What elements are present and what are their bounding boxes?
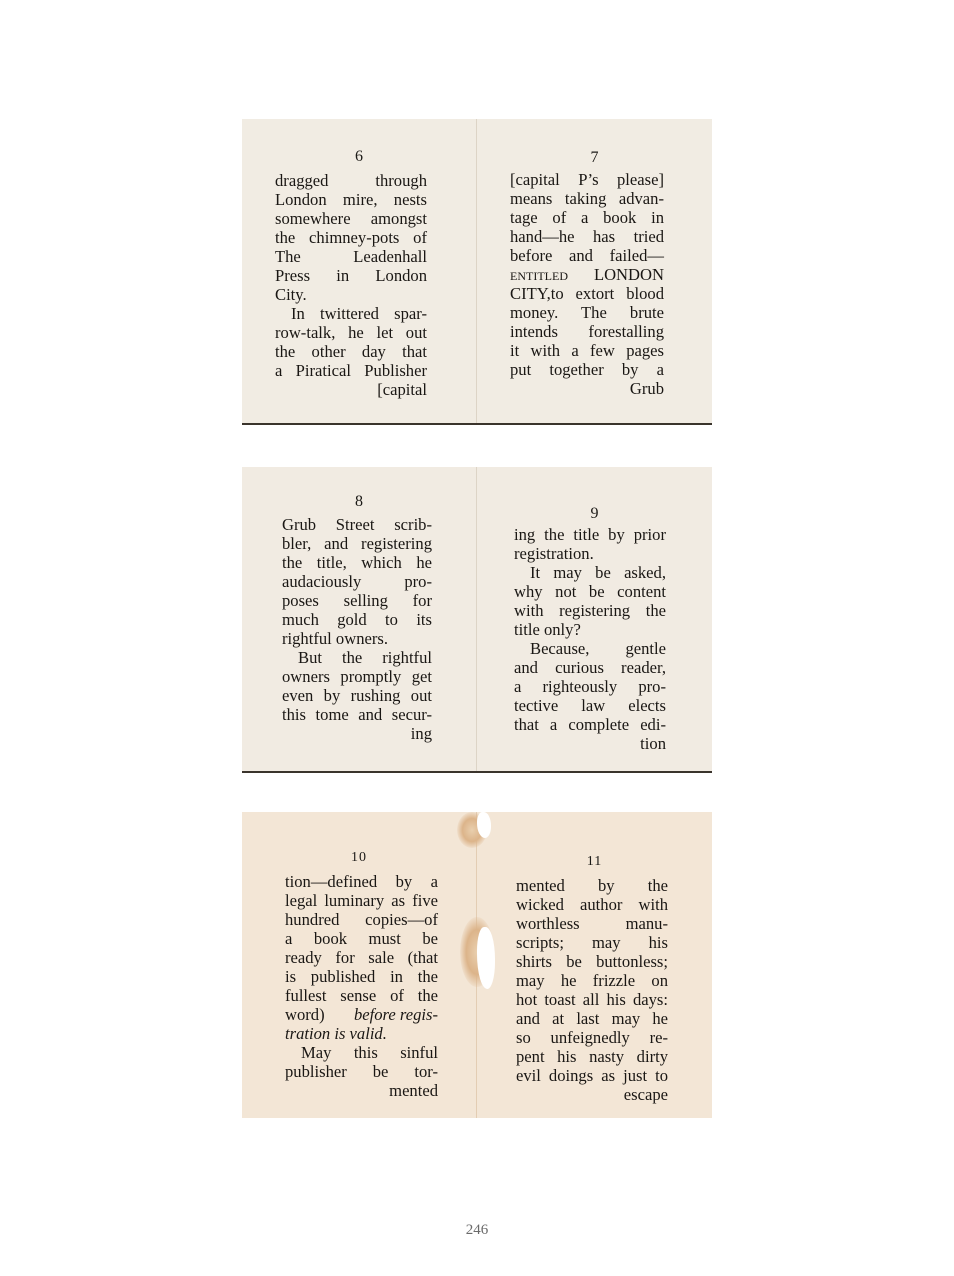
text-line: that a complete edi- [514,715,666,734]
text-line: mented by the [516,876,668,895]
page-text: dragged through London mire, nests somew… [275,171,427,399]
page-text: [capital P’s please] means taking advan-… [510,170,664,398]
text-line: entitled LONDON [510,265,664,284]
text-line: shirts be buttonless; [516,952,668,971]
text-line: the chimney-pots of [275,228,427,247]
folio-number: 11 [477,854,712,870]
text-line: ready for sale (that [285,948,438,967]
text-line: tective law elects [514,696,666,715]
text-line: City. [275,285,427,304]
text-line: hand—he has tried [510,227,664,246]
scan-spread-pages-10-11: 10 tion—defined by a legal luminary as f… [242,812,712,1118]
text-line: row-talk, he let out [275,323,427,342]
text-line: and curious reader, [514,658,666,677]
folio-number: 7 [477,149,712,167]
text-line: legal luminary as five [285,891,438,910]
text-line: London mire, nests [275,190,427,209]
book-page-10: 10 tion—defined by a legal luminary as f… [242,812,477,1118]
text-line: somewhere amongst [275,209,427,228]
text-line: rightful owners. [282,629,432,648]
torn-hole [477,927,495,989]
folio-number: 8 [242,493,476,511]
italic-text-line: tration is valid. [285,1024,438,1043]
text-line: It may be asked, [514,563,666,582]
text-line: wicked author with [516,895,668,914]
text-line: why not be content [514,582,666,601]
text-line: poses selling for [282,591,432,610]
text-line: [capital P’s please] [510,170,664,189]
italic-text-fragment: before regis- [354,1005,438,1024]
scan-spread-pages-6-7: 6 dragged through London mire, nests som… [242,119,712,425]
page-text: ing the title by prior registration. It … [514,525,666,753]
text-line: so unfeignedly re- [516,1028,668,1047]
page-text: Grub Street scrib- bler, and registering… [282,515,432,743]
book-page-7: 7 [capital P’s please] means taking adva… [477,119,712,423]
text-line: this tome and secur- [282,705,432,724]
text-line: with registering the [514,601,666,620]
text-line: much gold to its [282,610,432,629]
text-line: word) before regis- [285,1005,438,1024]
page-text: mented by the wicked author with worthle… [516,876,668,1104]
text-line: scripts; may his [516,933,668,952]
text-line: audaciously pro- [282,572,432,591]
scan-spread-pages-8-9: 8 Grub Street scrib- bler, and registeri… [242,467,712,773]
text-line: a Piratical Publisher [275,361,427,380]
catchword: ing [282,724,432,743]
text-line: dragged through [275,171,427,190]
text-fragment: word) [285,1005,325,1024]
text-line: publisher be tor- [285,1062,438,1081]
text-line: registration. [514,544,666,563]
text-line: ing the title by prior [514,525,666,544]
folio-number: 10 [242,850,476,866]
book-page-8: 8 Grub Street scrib- bler, and registeri… [242,467,477,771]
text-line: hundred copies—of [285,910,438,929]
text-line: Grub Street scrib- [282,515,432,534]
text-line: Because, gentle [514,639,666,658]
text-line: may he frizzle on [516,971,668,990]
text-line: is published in the [285,967,438,986]
folio-number: 6 [242,148,476,166]
text-line: tion—defined by a [285,872,438,891]
text-line: money. The brute [510,303,664,322]
text-line: even by rushing out [282,686,432,705]
text-line: a book must be [285,929,438,948]
text-line: But the rightful [282,648,432,667]
text-line: the other day that [275,342,427,361]
page-text: tion—defined by a legal luminary as five… [285,872,438,1100]
text-line: The Leadenhall [275,247,427,266]
text-line: before and failed— [510,246,664,265]
text-line: bler, and registering [282,534,432,553]
text-line: owners promptly get [282,667,432,686]
catchword: mented [285,1081,438,1100]
text-line: May this sinful [285,1043,438,1062]
text-line: intends forestalling [510,322,664,341]
text-line: means taking advan- [510,189,664,208]
book-page-9: 9 ing the title by prior registration. I… [477,467,712,771]
catchword: Grub [510,379,664,398]
book-page-11: 11 mented by the wicked author with wort… [477,812,712,1118]
text-line: title only? [514,620,666,639]
catchword: escape [516,1085,668,1104]
text-line: tage of a book in [510,208,664,227]
text-line: put together by a [510,360,664,379]
text-line: pent his nasty dirty [516,1047,668,1066]
book-page-6: 6 dragged through London mire, nests som… [242,119,477,423]
text-line: and at last may he [516,1009,668,1028]
text-line: CITY,to extort blood [510,284,664,303]
text-line: fullest sense of the [285,986,438,1005]
text-line: evil doings as just to [516,1066,668,1085]
torn-hole [477,812,491,838]
text-line: Press in London [275,266,427,285]
text-line: In twittered spar- [275,304,427,323]
folio-number: 9 [477,505,712,523]
text-line: hot toast all his days: [516,990,668,1009]
text-line: the title, which he [282,553,432,572]
catchword: tion [514,734,666,753]
document-page-number: 246 [0,1222,954,1239]
text-line: worthless manu- [516,914,668,933]
text-line: a righteously pro- [514,677,666,696]
catchword: [capital [275,380,427,399]
text-line: it with a few pages [510,341,664,360]
